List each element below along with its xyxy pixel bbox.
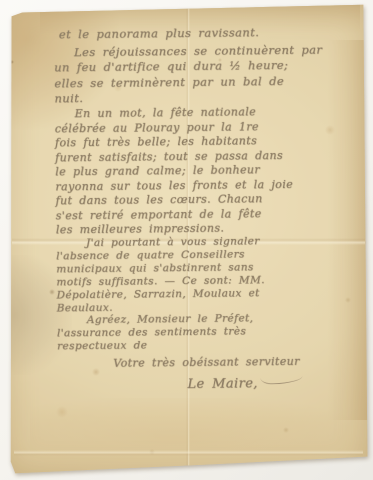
closing-salutation: Votre très obéissant serviteur: [113, 355, 300, 370]
paragraph-formule-politesse: Agréez, Monsieur le Préfet, l'assurance …: [1, 311, 373, 354]
letter-line: et le panorama plus ravissant.: [0, 24, 371, 42]
paragraph-fete-nationale: En un mot, la fête nationale célébrée au…: [0, 104, 373, 238]
letter-line: respectueux de: [1, 337, 373, 354]
signature-flourish: [261, 374, 303, 385]
paragraph-rejouissances: Les réjouissances se continuèrent par un…: [0, 42, 372, 108]
letter-paper: et le panorama plus ravissant. Les réjou…: [0, 0, 373, 480]
letter-body: et le panorama plus ravissant. Les réjou…: [0, 0, 373, 480]
paragraph-continuation: et le panorama plus ravissant.: [0, 24, 371, 42]
signature-line: Le Maire,: [187, 376, 257, 392]
paper-shadow-wrap: et le panorama plus ravissant. Les réjou…: [0, 0, 373, 480]
scan-background: et le panorama plus ravissant. Les réjou…: [0, 0, 373, 480]
paragraph-conseillers-absents: J'ai pourtant à vous signaler l'absence …: [0, 234, 373, 315]
signature-row: Le Maire,: [187, 376, 302, 392]
